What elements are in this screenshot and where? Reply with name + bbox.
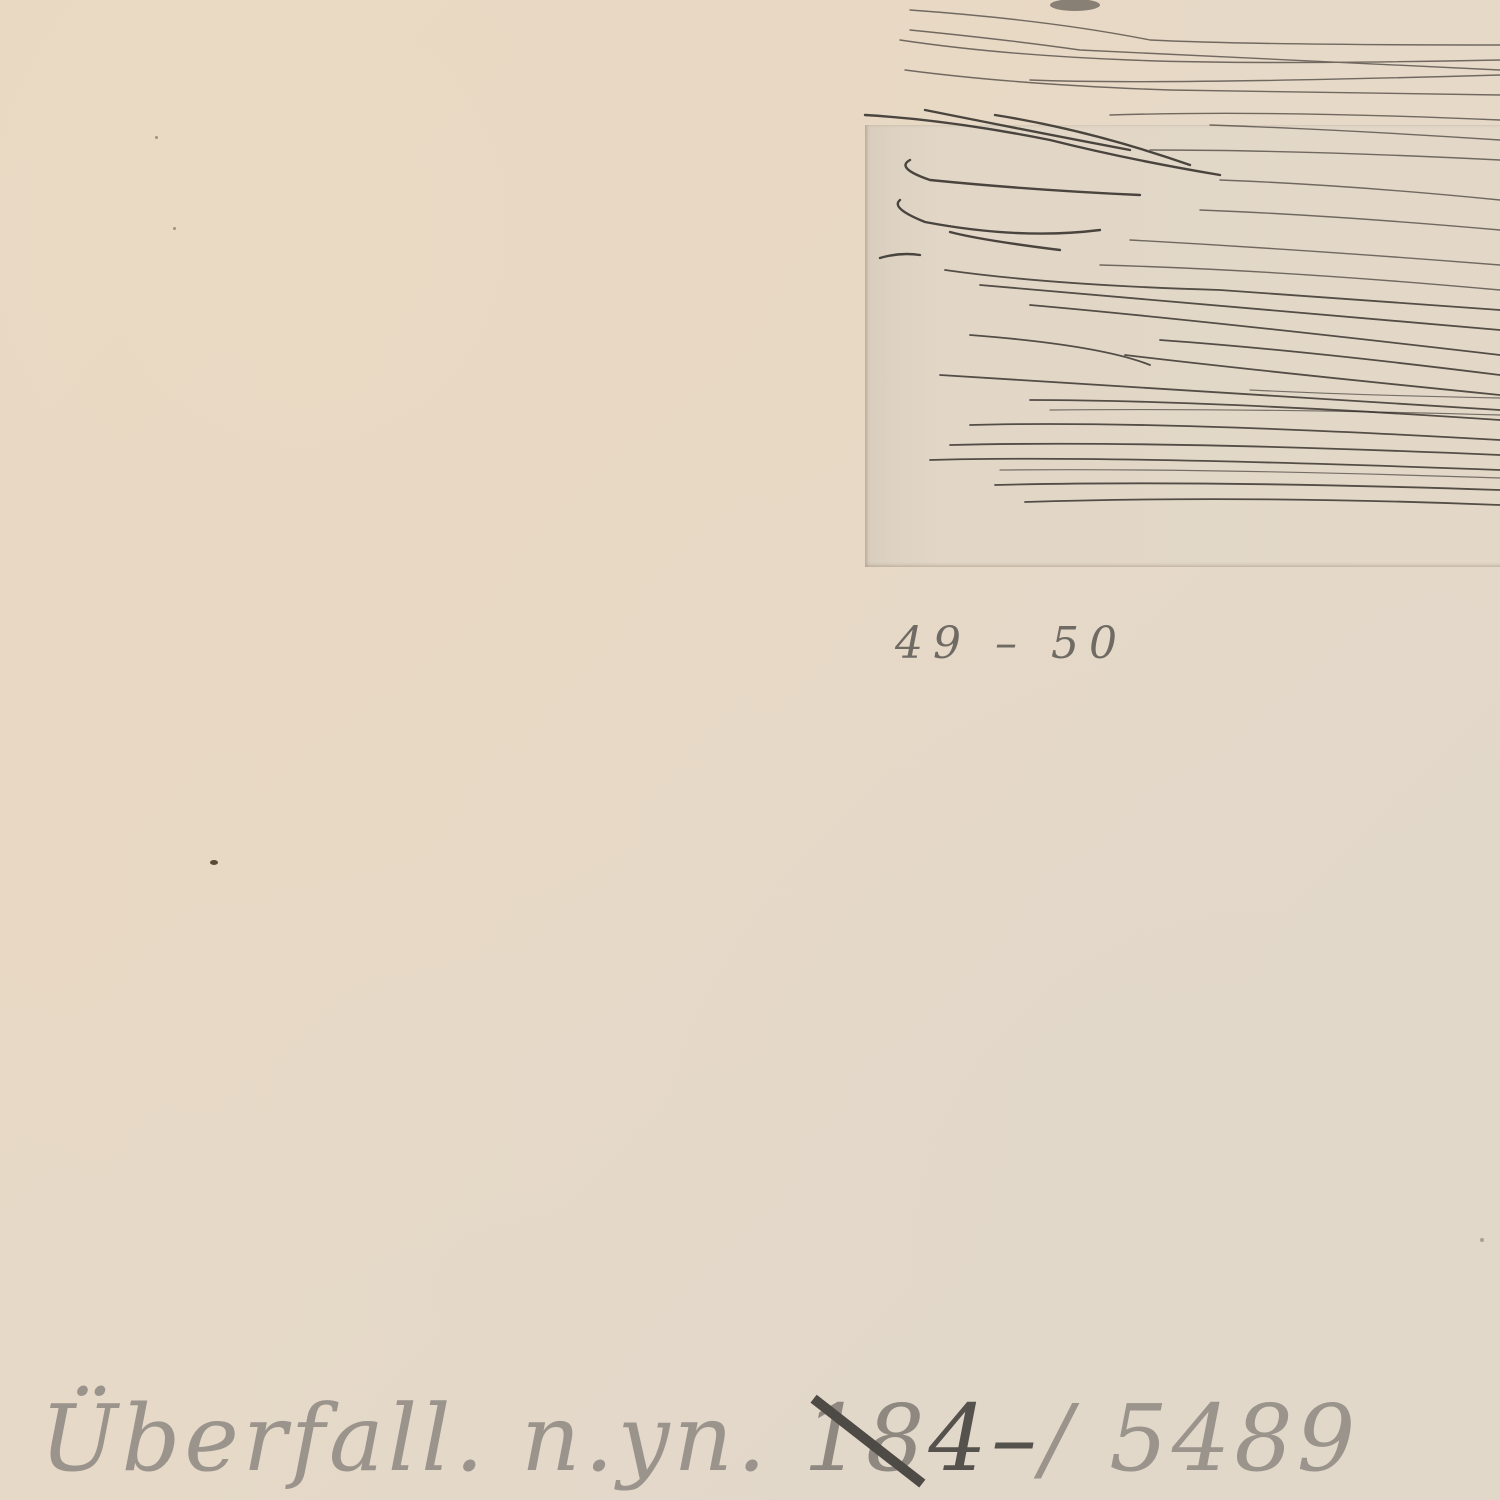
- struck-out-number: 18: [803, 1385, 928, 1492]
- inscription-title: Überfall.: [40, 1385, 488, 1492]
- pencil-inscription: Überfall. n.yn. 184–/ 5489: [40, 1385, 1359, 1492]
- inscription-slash: /: [1041, 1385, 1076, 1492]
- etched-lines: [850, 0, 1500, 580]
- inscription-abbrev: n.yn.: [521, 1385, 770, 1492]
- plate-number-annotation: 49 – 50: [895, 618, 1127, 669]
- inscription-number: 4: [928, 1385, 991, 1492]
- paper-speck: [210, 860, 218, 865]
- inscription-dash: –: [991, 1385, 1041, 1492]
- paper-speck: [173, 227, 176, 230]
- paper-speck: [1480, 1238, 1484, 1242]
- inscription-inventory-number: 5489: [1109, 1385, 1359, 1492]
- paper-speck: [155, 136, 158, 139]
